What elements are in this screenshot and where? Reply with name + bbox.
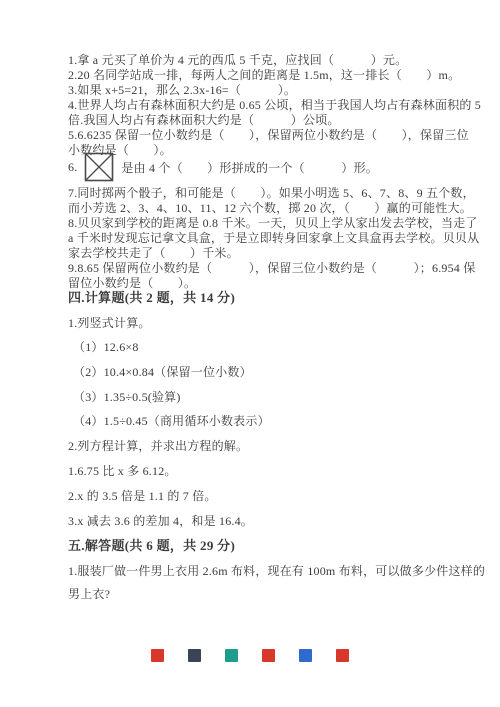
section-4-header: 四.计算题(共 2 题，共 14 分) (68, 291, 460, 304)
square-diagonals-icon (84, 152, 114, 182)
watermark-block (336, 649, 349, 662)
question-line: 留位小数约是（ ）。 (68, 277, 460, 290)
watermark-block (262, 649, 275, 662)
question-line: 5.6.6235 保留一位小数约是（ ），保留两位小数约是（ ），保留三位 (68, 129, 460, 142)
watermark-block (299, 649, 312, 662)
exam-page: 1.拿 a 元买了单价为 4 元的西瓜 5 千克，应找回（ ）元。 2.20 名… (0, 0, 500, 707)
watermark-block (225, 649, 238, 662)
calc-line: 2.列方程计算，并求出方程的解。 (68, 440, 460, 453)
question-line: 7.同时掷两个骰子，和可能是（ ）。如果小明选 5、6、7、8、9 五个数， (68, 187, 460, 200)
calc-line: 2.x 的 3.5 倍是 1.1 的 7 倍。 (68, 490, 460, 503)
calc-line: （3）1.35÷0.5(验算) (73, 391, 465, 404)
question-line: 1.拿 a 元买了单价为 4 元的西瓜 5 千克，应找回（ ）元。 (68, 54, 460, 67)
question-6-number: 6. (68, 160, 77, 175)
calc-line: 1.6.75 比 x 多 6.12。 (68, 465, 460, 478)
watermark-block (188, 649, 201, 662)
question-line: a 千米时发现忘记拿文具盒，于是立即转身回家拿上文具盒再去学校。贝贝从 (68, 232, 460, 245)
calc-line: （1）12.6×8 (73, 341, 465, 354)
word-problem-line: 男上衣? (68, 588, 460, 601)
calc-line: （4）1.5÷0.45（商用循环小数表示） (73, 415, 465, 428)
footer-watermark (0, 649, 500, 662)
calc-line: 1.列竖式计算。 (68, 317, 460, 330)
calc-line: 3.x 减去 3.6 的差加 4，和是 16.4。 (68, 515, 460, 528)
question-line: 家去学校共走了（ ）千米。 (68, 247, 460, 260)
calc-line: （2）10.4×0.84（保留一位小数） (73, 366, 465, 379)
question-line: 4.世界人均占有森林面积大约是 0.65 公顷，相当于我国人均占有森林面积的 5 (68, 99, 460, 112)
section-5-header: 五.解答题(共 6 题，共 29 分) (68, 539, 460, 552)
question-line: 9.8.65 保留两位小数约是（ ），保留三位小数约是（ ）；6.954 保 (68, 262, 460, 275)
question-6-row: 6. 是由 4 个（ ）形拼成的一个（ ）形。 (68, 152, 460, 182)
question-line: 倍.我国人均占有森林面积大约是（ ）公顷。 (68, 114, 460, 127)
question-line: 而小芳选 2、3、4、10、11、12 六个数，掷 20 次，（ ）赢的可能性大… (68, 202, 460, 215)
watermark-block (151, 649, 164, 662)
question-line: 2.20 名同学站成一排，每两人之间的距离是 1.5m，这一排长（ ）m。 (68, 69, 460, 82)
question-line: 3.如果 x+5=21，那么 2.3x-16=（ ）。 (68, 84, 460, 97)
question-line: 8.贝贝家到学校的距离是 0.8 千米。一天，贝贝上学从家出发去学校，当走了 (68, 217, 460, 230)
question-6-text: 是由 4 个（ ）形拼成的一个（ ）形。 (121, 159, 378, 176)
word-problem-line: 1.服装厂做一件男上衣用 2.6m 布料，现在有 100m 布料，可以做多少件这… (68, 565, 460, 578)
